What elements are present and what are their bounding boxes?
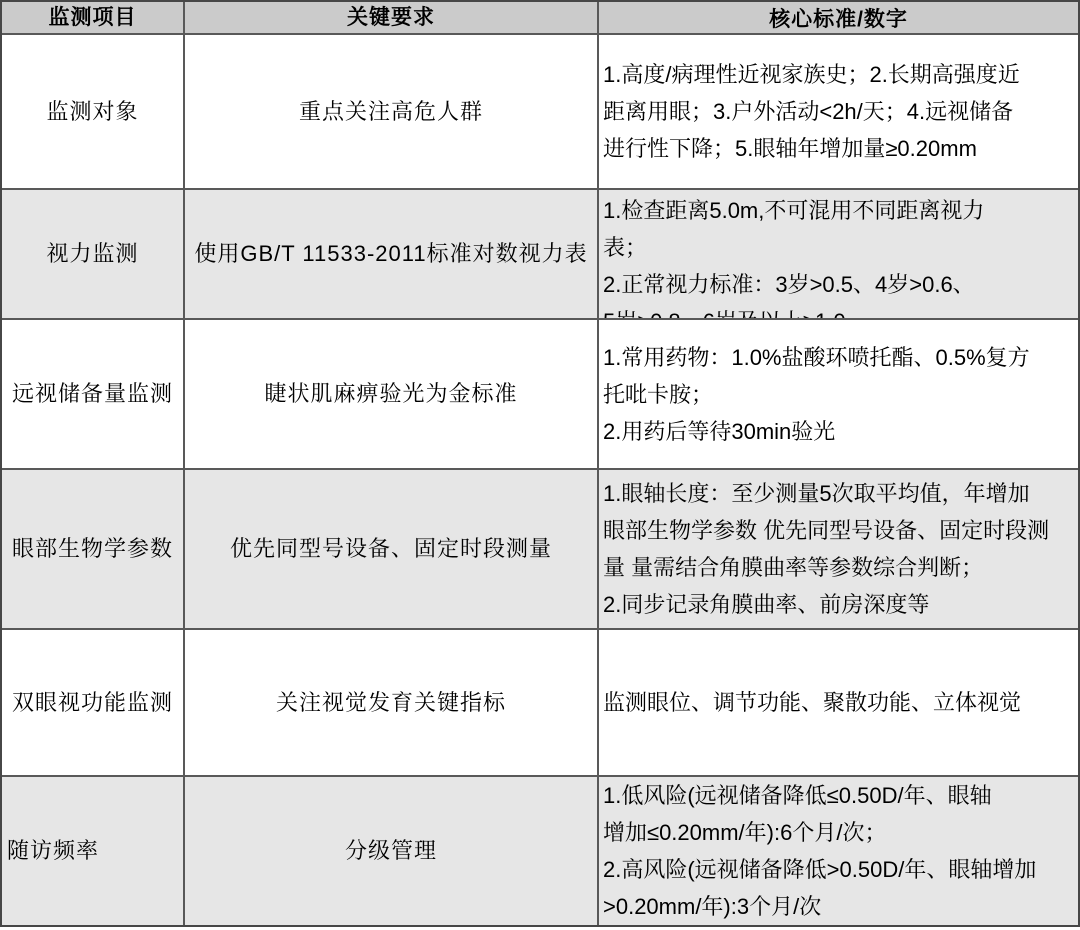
standard-line: 1.低风险(远视储备降低≤0.50D/年、眼轴 bbox=[603, 777, 1076, 814]
table-row: 远视储备量监测 睫状肌麻痹验光为金标准 1.常用药物：1.0%盐酸环喷托酯、0.… bbox=[2, 320, 1078, 470]
standard-line: 监测眼位、调节功能、聚散功能、立体视觉 bbox=[603, 684, 1076, 721]
standard-line: 托吡卡胺； bbox=[603, 376, 1076, 413]
cell-key-requirement: 睫状肌麻痹验光为金标准 bbox=[185, 320, 599, 468]
cell-key-requirement: 分级管理 bbox=[185, 777, 599, 925]
cell-monitoring-item: 眼部生物学参数 bbox=[2, 470, 185, 628]
cell-monitoring-item: 远视储备量监测 bbox=[2, 320, 185, 468]
cell-key-requirement: 使用GB/T 11533-2011标准对数视力表 bbox=[185, 190, 599, 318]
table-header-row: 监测项目 关键要求 核心标准/数字 bbox=[2, 2, 1078, 35]
cell-key-requirement: 重点关注高危人群 bbox=[185, 35, 599, 188]
standard-line: 2.同步记录角膜曲率、前房深度等 bbox=[603, 586, 1076, 623]
cell-core-standard: 监测眼位、调节功能、聚散功能、立体视觉 bbox=[599, 630, 1078, 775]
standard-line: 2.正常视力标准：3岁>0.5、4岁>0.6、 bbox=[603, 266, 1076, 303]
table-row: 双眼视功能监测 关注视觉发育关键指标 监测眼位、调节功能、聚散功能、立体视觉 bbox=[2, 630, 1078, 777]
header-core-standard: 核心标准/数字 bbox=[599, 2, 1078, 33]
standard-line: 1.常用药物：1.0%盐酸环喷托酯、0.5%复方 bbox=[603, 339, 1076, 376]
monitoring-table: 监测项目 关键要求 核心标准/数字 监测对象 重点关注高危人群 1.高度/病理性… bbox=[0, 0, 1080, 927]
standard-line: 表； bbox=[603, 229, 1076, 266]
standard-line: 增加≤0.20mm/年):6个月/次； bbox=[603, 814, 1076, 851]
cell-core-standard: 1.低风险(远视储备降低≤0.50D/年、眼轴增加≤0.20mm/年):6个月/… bbox=[599, 777, 1078, 925]
cell-monitoring-item: 视力监测 bbox=[2, 190, 185, 318]
standard-line: 1.高度/病理性近视家族史；2.长期高强度近 bbox=[603, 56, 1076, 93]
table-row: 视力监测 使用GB/T 11533-2011标准对数视力表 1.检查距离5.0m… bbox=[2, 190, 1078, 320]
cell-core-standard: 1.高度/病理性近视家族史；2.长期高强度近距离用眼；3.户外活动<2h/天；4… bbox=[599, 35, 1078, 188]
cell-core-standard: 1.眼轴长度：至少测量5次取平均值，年增加眼部生物学参数 优先同型号设备、固定时… bbox=[599, 470, 1078, 628]
standard-line: 1.眼轴长度：至少测量5次取平均值，年增加 bbox=[603, 475, 1076, 512]
header-key-requirement: 关键要求 bbox=[185, 2, 599, 33]
standard-line: 2.高风险(远视储备降低>0.50D/年、眼轴增加 bbox=[603, 851, 1076, 888]
table-row: 监测对象 重点关注高危人群 1.高度/病理性近视家族史；2.长期高强度近距离用眼… bbox=[2, 35, 1078, 190]
standard-line: 进行性下降；5.眼轴年增加量≥0.20mm bbox=[603, 130, 1076, 167]
standard-line: 距离用眼；3.户外活动<2h/天；4.远视储备 bbox=[603, 93, 1076, 130]
table-row: 随访频率 分级管理 1.低风险(远视储备降低≤0.50D/年、眼轴增加≤0.20… bbox=[2, 777, 1078, 925]
standard-line: 5岁>0.8、6岁及以上≥1.0 bbox=[603, 303, 1076, 318]
cell-key-requirement: 优先同型号设备、固定时段测量 bbox=[185, 470, 599, 628]
cell-core-standard: 1.检查距离5.0m,不可混用不同距离视力表；2.正常视力标准：3岁>0.5、4… bbox=[599, 190, 1078, 318]
cell-key-requirement: 关注视觉发育关键指标 bbox=[185, 630, 599, 775]
standard-line: 眼部生物学参数 优先同型号设备、固定时段测 bbox=[603, 512, 1076, 549]
standard-line: 2.用药后等待30min验光 bbox=[603, 413, 1076, 450]
cell-core-standard: 1.常用药物：1.0%盐酸环喷托酯、0.5%复方托吡卡胺；2.用药后等待30mi… bbox=[599, 320, 1078, 468]
cell-monitoring-item: 监测对象 bbox=[2, 35, 185, 188]
header-monitoring-item: 监测项目 bbox=[2, 2, 185, 33]
table-row: 眼部生物学参数 优先同型号设备、固定时段测量 1.眼轴长度：至少测量5次取平均值… bbox=[2, 470, 1078, 630]
cell-monitoring-item: 随访频率 bbox=[2, 777, 185, 925]
cell-monitoring-item: 双眼视功能监测 bbox=[2, 630, 185, 775]
standard-line: >0.20mm/年):3个月/次 bbox=[603, 888, 1076, 925]
standard-line: 量 量需结合角膜曲率等参数综合判断； bbox=[603, 549, 1076, 586]
standard-line: 1.检查距离5.0m,不可混用不同距离视力 bbox=[603, 192, 1076, 229]
